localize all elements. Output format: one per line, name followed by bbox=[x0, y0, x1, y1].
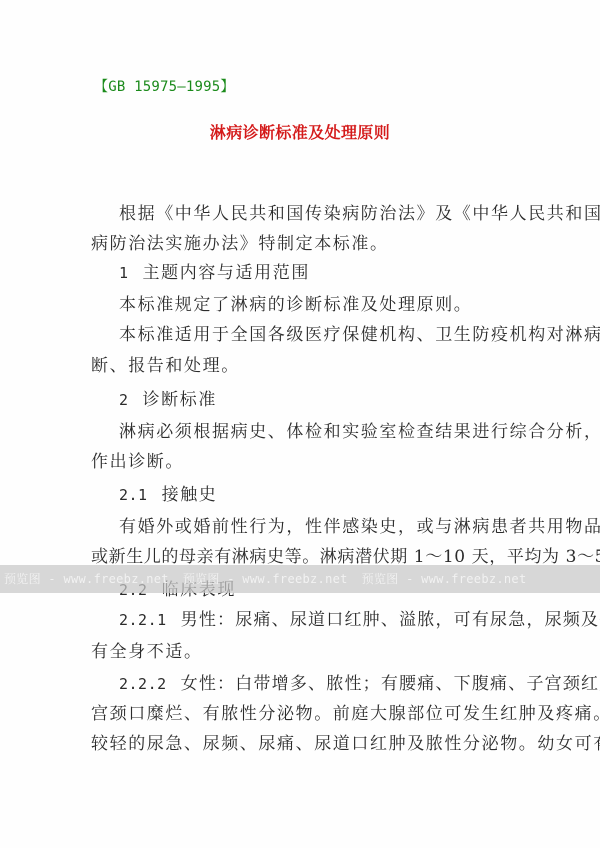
watermark-item: 预览图 - www.freebz.net bbox=[4, 572, 169, 586]
watermark-band: 预览图 - www.freebz.net预览图 - www.freebz.net… bbox=[0, 565, 600, 593]
section-title: 诊断标准 bbox=[143, 390, 217, 410]
section-number: 2 bbox=[119, 389, 129, 411]
line-text: 宫颈口糜烂、有脓性分泌物。前庭大腺部位可发生红肿及疼痛。可有 bbox=[91, 704, 600, 724]
paragraph-line: 淋病必须根据病史、体检和实验室检查结果进行综合分析，慎重 bbox=[119, 421, 509, 443]
section-heading-2-1: 2.1接触史 bbox=[119, 484, 539, 506]
line-text: 病防治法实施办法》特制定本标准。 bbox=[91, 234, 389, 254]
watermark-item: 预览图 - www.freebz.net bbox=[362, 572, 527, 586]
section-number: 1 bbox=[119, 262, 129, 284]
line-text: 较轻的尿急、尿频、尿痛、尿道口红肿及脓性分泌物。幼女可有外阴 bbox=[91, 734, 600, 754]
paragraph-line: 根据《中华人民共和国传染病防治法》及《中华人民共和国传染 bbox=[119, 203, 509, 225]
paragraph-line: 作出诊断。 bbox=[91, 451, 511, 473]
line-text: 男性：尿痛、尿道口红肿、溢脓，可有尿急，尿频及伴 bbox=[181, 610, 600, 630]
line-text: 本标准规定了淋病的诊断标准及处理原则。 bbox=[119, 295, 472, 315]
line-text: 或新生儿的母亲有淋病史等。淋病潜伏期 1～10 天，平均为 3～5 天。 bbox=[91, 547, 600, 567]
section-number: 2.2.1 bbox=[119, 609, 167, 631]
standard-code: 【GB 15975—1995】 bbox=[94, 78, 235, 96]
section-heading-1: 1主题内容与适用范围 bbox=[119, 262, 539, 284]
watermark-text: 预览图 - www.freebz.net预览图 - www.freebz.net… bbox=[4, 570, 540, 588]
line-text: 断、报告和处理。 bbox=[91, 356, 240, 376]
line-text: 有全身不适。 bbox=[91, 642, 203, 662]
section-heading-2: 2诊断标准 bbox=[119, 389, 539, 411]
line-text: 本标准适用于全国各级医疗保健机构、卫生防疫机构对淋病的诊 bbox=[119, 325, 600, 345]
line-text: 有婚外或婚前性行为，性伴感染史，或与淋病患者共用物品史， bbox=[119, 517, 600, 537]
paragraph-line: 有全身不适。 bbox=[91, 641, 511, 663]
line-text: 女性：白带增多、脓性；有腰痛、下腹痛、子宫颈红肿、 bbox=[181, 674, 600, 694]
paragraph-line: 本标准规定了淋病的诊断标准及处理原则。 bbox=[119, 294, 539, 316]
paragraph-line: 病防治法实施办法》特制定本标准。 bbox=[91, 233, 511, 255]
document-page: 【GB 15975—1995】 淋病诊断标准及处理原则 根据《中华人民共和国传染… bbox=[0, 0, 600, 848]
section-number: 2.2.2 bbox=[119, 673, 167, 695]
paragraph-line: 断、报告和处理。 bbox=[91, 355, 511, 377]
section-number: 2.1 bbox=[119, 484, 148, 506]
paragraph-line: 有婚外或婚前性行为，性伴感染史，或与淋病患者共用物品史， bbox=[119, 516, 509, 538]
section-title: 接触史 bbox=[162, 485, 218, 505]
section-2-2-1: 2.2.1男性：尿痛、尿道口红肿、溢脓，可有尿急，尿频及伴 bbox=[119, 609, 539, 631]
paragraph-line: 宫颈口糜烂、有脓性分泌物。前庭大腺部位可发生红肿及疼痛。可有 bbox=[91, 703, 509, 725]
line-text: 根据《中华人民共和国传染病防治法》及《中华人民共和国传染 bbox=[119, 204, 600, 224]
paragraph-line: 本标准适用于全国各级医疗保健机构、卫生防疫机构对淋病的诊 bbox=[119, 324, 509, 346]
document-title: 淋病诊断标准及处理原则 bbox=[0, 123, 600, 143]
section-title: 主题内容与适用范围 bbox=[143, 263, 310, 283]
line-text: 作出诊断。 bbox=[91, 452, 184, 472]
paragraph-line: 较轻的尿急、尿频、尿痛、尿道口红肿及脓性分泌物。幼女可有外阴 bbox=[91, 733, 509, 755]
section-2-2-2: 2.2.2女性：白带增多、脓性；有腰痛、下腹痛、子宫颈红肿、 bbox=[119, 673, 539, 695]
line-text: 淋病必须根据病史、体检和实验室检查结果进行综合分析，慎重 bbox=[119, 422, 600, 442]
watermark-item: 预览图 - www.freebz.net bbox=[183, 572, 348, 586]
